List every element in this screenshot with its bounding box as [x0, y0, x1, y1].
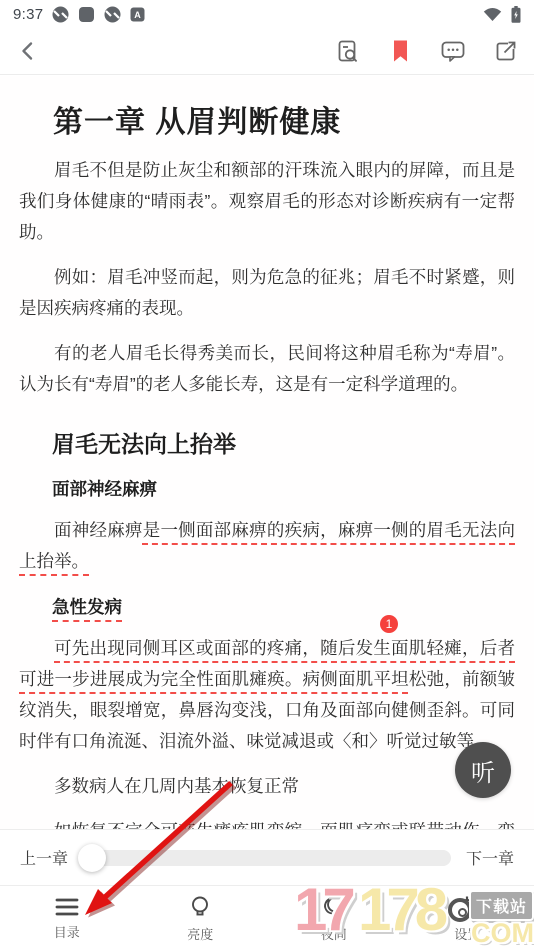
- text-segment: 有的老人眉毛长得秀美而长，民间将这种眉毛称为“寿眉”。认为长有“寿眉”的老人多能…: [19, 343, 515, 394]
- text-segment: 多数病人在几周内基本恢复正常: [54, 776, 299, 796]
- night-mode-icon: [322, 895, 346, 919]
- app-notification-icon: [104, 6, 121, 23]
- text-segment: 面神经麻痹: [54, 520, 143, 540]
- prev-chapter-button[interactable]: 上一章: [20, 846, 68, 869]
- wifi-icon: [483, 7, 502, 22]
- paragraph: 面神经麻痹是一侧面部麻痹的疾病，麻痹一侧的眉毛无法向上抬举。: [19, 515, 515, 577]
- battery-charging-icon: [511, 6, 521, 23]
- nav-item-catalog[interactable]: 目录: [0, 886, 134, 950]
- heading-h2: 眉毛无法向上抬举: [19, 426, 515, 459]
- settings-icon: [455, 895, 479, 919]
- app-square-icon: [78, 6, 95, 23]
- menu-icon: [54, 897, 80, 917]
- chapter-pager: 上一章 下一章: [0, 829, 534, 885]
- paragraph: 例如：眉毛冲竖而起，则为危急的征兆；眉毛不时紧蹙，则是因疾病疼痛的表现。: [19, 262, 515, 324]
- text-segment: 如恢复不完全可产生瘫痪肌挛缩、面肌痉挛或联带动作。挛缩表现为眼裂缩小、鼻唇沟加深…: [19, 821, 515, 829]
- paragraph: 多数病人在几周内基本恢复正常: [19, 771, 515, 802]
- nav-item-night-mode[interactable]: 夜间: [267, 886, 401, 950]
- text-segment: 第一章 从眉判断健康: [53, 106, 341, 139]
- search-in-book-icon[interactable]: [334, 38, 360, 64]
- paragraph: 有的老人眉毛长得秀美而长，民间将这种眉毛称为“寿眉”。认为长有“寿眉”的老人多能…: [19, 338, 515, 400]
- next-chapter-button[interactable]: 下一章: [466, 846, 514, 869]
- nav-label: 亮度: [187, 924, 213, 943]
- nav-item-brightness[interactable]: 亮度: [134, 886, 268, 950]
- listen-button[interactable]: 听: [455, 742, 511, 798]
- text-segment: 面部神经麻痹: [52, 479, 157, 499]
- bookmark-icon[interactable]: [387, 38, 413, 64]
- comments-icon[interactable]: [440, 38, 466, 64]
- underlined-text: 急性发病: [52, 597, 122, 617]
- note-count-badge[interactable]: 1: [380, 615, 398, 633]
- clock: 9:37: [13, 6, 43, 23]
- heading-h1: 第一章 从眉判断健康: [19, 97, 515, 141]
- text-segment: 眉毛不但是防止灰尘和额部的汗珠流入眼内的屏障，而且是我们身体健康的“晴雨表”。观…: [19, 160, 515, 242]
- heading-h3: 面部神经麻痹: [19, 476, 515, 501]
- nav-label: 设置: [454, 924, 480, 943]
- slider-thumb[interactable]: [78, 844, 106, 872]
- reader-toolbar: [0, 28, 534, 75]
- paragraph: 眉毛不但是防止灰尘和额部的汗珠流入眼内的屏障，而且是我们身体健康的“晴雨表”。观…: [19, 155, 515, 248]
- nav-label: 夜间: [321, 924, 347, 943]
- paragraph: 可先出现同侧耳区或面部的疼痛，随后发生面肌轻瘫，后者可进一步进展成为完全性面肌瘫…: [19, 633, 515, 757]
- svg-text:A: A: [135, 10, 142, 20]
- brightness-icon: [188, 895, 212, 919]
- back-button[interactable]: [15, 38, 41, 64]
- text-segment: 例如：眉毛冲竖而起，则为危急的征兆；眉毛不时紧蹙，则是因疾病疼痛的表现。: [19, 267, 515, 318]
- progress-slider[interactable]: [83, 850, 451, 866]
- bottom-nav: 目录 亮度 夜间 设置: [0, 885, 534, 950]
- heading-h3: 急性发病: [19, 594, 515, 619]
- nav-label: 目录: [54, 922, 80, 941]
- reader-content[interactable]: 第一章 从眉判断健康眉毛不但是防止灰尘和额部的汗珠流入眼内的屏障，而且是我们身体…: [0, 76, 534, 829]
- nav-item-settings[interactable]: 设置: [401, 886, 534, 950]
- app-notification-icon: [52, 6, 69, 23]
- status-bar: 9:37 A: [0, 0, 534, 28]
- share-icon[interactable]: [493, 38, 519, 64]
- text-segment: 眉毛无法向上抬举: [52, 431, 236, 457]
- letter-a-icon: A: [130, 7, 145, 22]
- paragraph: 如恢复不完全可产生瘫痪肌挛缩、面肌痉挛或联带动作。挛缩表现为眼裂缩小、鼻唇沟加深…: [19, 816, 515, 829]
